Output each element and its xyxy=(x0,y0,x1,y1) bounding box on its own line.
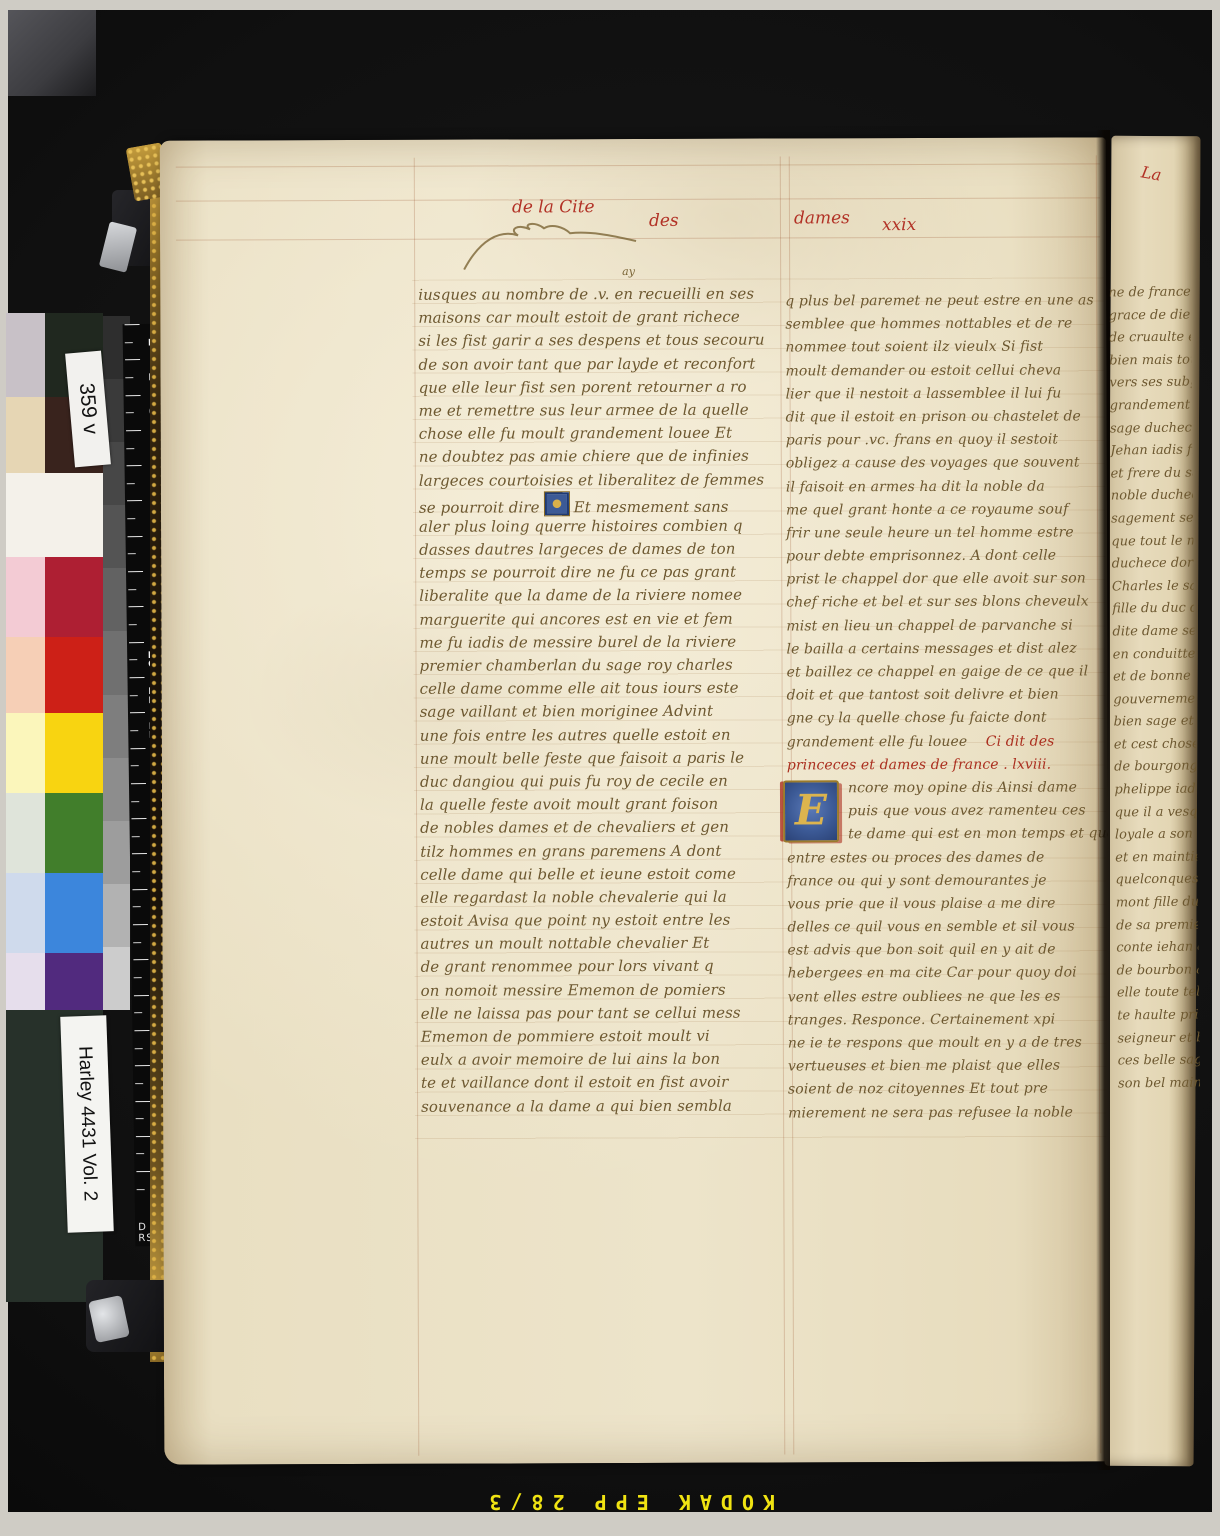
manuscript-line-fragment: Charles le sag xyxy=(1112,575,1194,599)
manuscript-line-fragment: et cest chose no xyxy=(1114,733,1196,757)
color-patch-tint xyxy=(6,473,45,557)
line-text: se pourroit dire xyxy=(419,498,540,516)
manuscript-line: mist en lieu un chappel de parvanche si xyxy=(786,614,1100,638)
felt-corner-shading xyxy=(8,10,96,96)
folio-number-text: 359 v xyxy=(74,382,102,435)
manuscript-line: liberalite que la dame de la riviere nom… xyxy=(419,584,787,608)
manuscript-line: me fu iadis de messire burel de la rivie… xyxy=(419,630,787,654)
manuscript-line: prist le chappel dor que elle avoit sur … xyxy=(786,568,1100,592)
running-title-part: dames xyxy=(794,208,850,228)
manuscript-line: est advis que bon soit quil en y ait de xyxy=(787,939,1101,963)
color-patch xyxy=(6,713,103,793)
color-patch xyxy=(6,473,103,557)
manuscript-line: me quel grant honte a ce royaume souf xyxy=(786,498,1100,522)
manuscript-line: maisons car moult estoit de grant richec… xyxy=(418,306,786,330)
right-column-lines-a: q plus bel paremet ne peut estre en une … xyxy=(785,289,1101,731)
manuscript-line-with-rubric: grandement elle fu louee Ci dit des xyxy=(787,730,1101,754)
manuscript-page-verso: de la Cite des dames xxix ay iusques au … xyxy=(160,137,1111,1464)
color-patch-solid xyxy=(45,473,103,557)
manuscript-line: de son avoir tant que par layde et recon… xyxy=(418,352,786,376)
manuscript-line-fragment: ces belle sage xyxy=(1118,1050,1200,1074)
manuscript-line-fragment: et en maintien b xyxy=(1115,846,1197,870)
manuscript-line-fragment: dite dame se pou xyxy=(1112,620,1194,644)
color-patch-tint xyxy=(6,313,45,397)
manuscript-line: mierement ne sera pas refusee la noble xyxy=(788,1101,1102,1125)
facing-page-edge: La ne de france ysabelgrace de dieu yde … xyxy=(1105,136,1201,1466)
illuminated-initial-small-icon xyxy=(545,492,569,515)
manuscript-line-fragment: mont fille du xyxy=(1116,892,1198,916)
manuscript-line-fragment: phelippe iadis f xyxy=(1114,779,1196,803)
manuscript-line: frir une seule heure un tel homme estre xyxy=(786,521,1100,545)
film-edge-label: KODAK EPP 28/3 xyxy=(295,1489,775,1513)
manuscript-line-fragment: ne de france ysabel xyxy=(1108,282,1190,306)
manuscript-line: celle dame qui belle et ieune estoit com… xyxy=(420,862,788,886)
manuscript-line: tranges. Responce. Certainement xpi xyxy=(788,1008,1102,1032)
manuscript-line: lier que il nestoit a lassemblee il lui … xyxy=(786,382,1100,406)
rubric-line: princeces et dames de france . lxviii. xyxy=(787,753,1101,777)
running-title-part: des xyxy=(649,211,679,231)
manuscript-line-fragment: en conduitte de gr xyxy=(1113,643,1195,667)
manuscript-line: iusques au nombre de .v. en recueilli en… xyxy=(418,282,786,306)
manuscript-line: dit que il estoit en prison ou chastelet… xyxy=(786,405,1100,429)
manuscript-line-fragment: sage duchece xyxy=(1110,417,1192,441)
manuscript-line: soient de noz citoyennes Et tout pre xyxy=(788,1078,1102,1102)
manuscript-line: il faisoit en armes ha dit la noble da xyxy=(786,475,1100,499)
line-text: grandement elle fu louee xyxy=(787,733,967,750)
color-patch-solid xyxy=(45,873,103,953)
manuscript-line: aler plus loing querre histoires combien… xyxy=(419,514,787,538)
manuscript-line-fragment: et de bonne doctr xyxy=(1113,666,1195,690)
manuscript-line: le bailla a certains messages et dist al… xyxy=(786,637,1100,661)
shelfmark-label: Harley 4431 Vol. 2 xyxy=(60,1015,114,1232)
color-patch xyxy=(6,873,103,953)
color-patch-solid xyxy=(45,557,103,637)
manuscript-line: france ou qui y sont demourantes je xyxy=(787,869,1101,893)
manuscript-line-fragment: et frere du sag xyxy=(1110,462,1192,486)
manuscript-line: Ememon de pommiere estoit moult vi xyxy=(421,1024,789,1048)
manuscript-line-fragment: gouvernement xyxy=(1113,688,1195,712)
manuscript-line: de grant renommee pour lors vivant q xyxy=(421,955,789,979)
manuscript-line: doit et que tantost soit delivre et bien xyxy=(787,684,1101,708)
color-patch-solid xyxy=(45,793,103,873)
manuscript-line: une fois entre les autres quelle estoit … xyxy=(420,723,788,747)
manuscript-line: vent elles estre oubliees ne que les es xyxy=(788,985,1102,1009)
manuscript-line: de nobles dames et de chevaliers et gen xyxy=(420,816,788,840)
manuscript-line: te et vaillance dont il estoit en fist a… xyxy=(421,1071,789,1095)
manuscript-line: sage vaillant et bien moriginee Advint xyxy=(420,700,788,724)
illuminated-initial-large-icon: E xyxy=(783,780,839,842)
manuscript-line: nommee tout soient ilz vieulx Si fist xyxy=(785,336,1099,360)
manuscript-line: largeces courtoisies et liberalitez de f… xyxy=(419,468,787,492)
gray-step xyxy=(103,947,130,1010)
chapter-opening: E ncore moy opine dis Ainsi damepuis que… xyxy=(787,776,1102,1125)
manuscript-line-fragment: de bourbon att xyxy=(1116,959,1198,983)
manuscript-line: elle ne laissa pas pour tant se cellui m… xyxy=(421,1001,789,1025)
color-patch xyxy=(6,953,103,1010)
manuscript-line-fragment: que tout le mo xyxy=(1111,530,1193,554)
color-patch-tint xyxy=(6,793,45,873)
manuscript-line-fragment: bien mais tou xyxy=(1109,349,1191,373)
manuscript-line: me et remettre sus leur armee de la quel… xyxy=(419,398,787,422)
manuscript-line: gne cy la quelle chose fu faicte dont xyxy=(787,707,1101,731)
color-patch xyxy=(6,793,103,873)
manuscript-line-fragment: bien sage et en t xyxy=(1113,711,1195,735)
gray-step xyxy=(103,631,130,694)
manuscript-line-fragment: conte iehan de xyxy=(1116,937,1198,961)
manuscript-line-fragment: Jehan iadis fil xyxy=(1110,440,1192,464)
manuscript-line: paris pour .vc. frans en quoy il sestoit xyxy=(786,429,1100,453)
manuscript-line: estoit Avisa que point ny estoit entre l… xyxy=(420,909,788,933)
shelfmark-text: Harley 4431 Vol. 2 xyxy=(73,1046,100,1202)
color-patch-tint xyxy=(6,953,45,1010)
manuscript-line: temps se pourroit dire ne fu ce pas gran… xyxy=(419,561,787,585)
manuscript-line: eulx a avoir memoire de lui ains la bon xyxy=(421,1048,789,1072)
manuscript-line: chef riche et bel et sur ses blons cheve… xyxy=(786,591,1100,615)
manuscript-line: ne doubtez pas amie chiere que de infini… xyxy=(419,445,787,469)
manuscript-line-fragment: duchece dorliens xyxy=(1112,553,1194,577)
manuscript-line: chose elle fu moult grandement louee Et xyxy=(419,422,787,446)
manuscript-line-fragment: noble duchece xyxy=(1111,485,1193,509)
manuscript-line: que elle leur fist sen porent retourner … xyxy=(419,375,787,399)
ruling-line xyxy=(176,197,1100,201)
gray-step xyxy=(103,695,130,758)
gray-step xyxy=(103,758,130,821)
manuscript-line: delles ce quil vous en semble et sil vou… xyxy=(787,915,1101,939)
color-patch-tint xyxy=(6,873,45,953)
color-patch xyxy=(6,557,103,637)
manuscript-line-fragment: de bourgongne f xyxy=(1114,756,1196,780)
manuscript-line: pour debte emprisonnez. A dont celle xyxy=(786,544,1100,568)
manuscript-line-fragment: sagement se por xyxy=(1111,507,1193,531)
manuscript-line: semblee que hommes nottables et de re xyxy=(785,313,1099,337)
left-column-lines-a: iusques au nombre de .v. en recueilli en… xyxy=(418,282,787,492)
manuscript-line: ne ie te respons que moult en y a de tre… xyxy=(788,1031,1102,1055)
pen-flourish-icon xyxy=(460,221,640,274)
manuscript-line-fragment: de cruaulte ev xyxy=(1109,327,1191,351)
color-patch-solid xyxy=(45,713,103,793)
recto-text-fragments: ne de france ysabelgrace de dieu yde cru… xyxy=(1108,282,1201,1143)
film-edge-text: KODAK EPP 28/3 xyxy=(295,1489,775,1513)
left-text-column: iusques au nombre de .v. en recueilli en… xyxy=(418,282,789,1118)
manuscript-line: vertueuses et bien me plaist que elles xyxy=(788,1055,1102,1079)
manuscript-line: si les fist garir a ses despens et tous … xyxy=(418,329,786,353)
manuscript-line: dasses dautres largeces de dames de ton xyxy=(419,538,787,562)
manuscript-line-with-initial: se pourroit direEt mesmement sans xyxy=(419,491,787,515)
running-title-part: xxix xyxy=(882,215,916,235)
manuscript-line-fragment: fille du duc de m xyxy=(1112,598,1194,622)
running-title-part: de la Cite xyxy=(512,197,595,217)
manuscript-line-fragment: son bel maintien xyxy=(1118,1072,1200,1096)
page-gutter-shadow xyxy=(1096,130,1110,1470)
manuscript-line-fragment: grace de dieu y xyxy=(1108,304,1190,328)
manuscript-line: et baillez ce chappel en gaige de ce que… xyxy=(787,660,1101,684)
ruling-line xyxy=(176,163,1100,167)
color-patch-tint xyxy=(6,557,45,637)
manuscript-line: celle dame comme elle ait tous iours est… xyxy=(420,677,788,701)
manuscript-line: obligez a cause des voyages que souvent xyxy=(786,452,1100,476)
manuscript-line: tilz hommes en grans paremens A dont xyxy=(420,839,788,863)
manuscript-line: entre estes ou proces des dames de xyxy=(787,846,1101,870)
manuscript-line-fragment: loyale a son seu xyxy=(1115,824,1197,848)
manuscript-line: vous prie que il vous plaise a me dire xyxy=(787,892,1101,916)
color-patch-solid xyxy=(45,953,103,1010)
manuscript-line: une moult belle feste que faisoit a pari… xyxy=(420,746,788,770)
manuscript-line: marguerite qui ancores est en vie et fem xyxy=(419,607,787,631)
manuscript-line-fragment: quelconques bien xyxy=(1115,869,1197,893)
color-patch-tint xyxy=(6,713,45,793)
gray-step xyxy=(103,821,130,884)
color-patch-solid xyxy=(45,637,103,713)
manuscript-line-fragment: grandement a l xyxy=(1110,395,1192,419)
line-text: Et mesmement sans xyxy=(574,497,729,516)
manuscript-line: premier chamberlan du sage roy charles xyxy=(419,653,787,677)
manuscript-line: q plus bel paremet ne peut estre en une … xyxy=(785,289,1099,313)
gray-step xyxy=(103,884,130,947)
manuscript-line-fragment: de sa premie xyxy=(1116,914,1198,938)
manuscript-line-fragment: elle toute tele qu xyxy=(1117,982,1199,1006)
manuscript-line-fragment: que il a vesqu xyxy=(1115,801,1197,825)
manuscript-photo: 1234567891011121314151617181920212223242… xyxy=(0,0,1220,1536)
manuscript-line: souvenance a la dame a qui bien sembla xyxy=(421,1094,789,1118)
manuscript-line: autres un moult nottable chevalier Et xyxy=(420,932,788,956)
manuscript-line: on nomoit messire Ememon de pomiers xyxy=(421,978,789,1002)
right-text-column: q plus bel paremet ne peut estre en une … xyxy=(785,289,1102,1125)
color-patch xyxy=(6,637,103,713)
manuscript-line: hebergees en ma cite Car pour quoy doi xyxy=(788,962,1102,986)
manuscript-line-fragment: seigneur et bien xyxy=(1117,1027,1199,1051)
left-column-lines-b: aler plus loing querre histoires combien… xyxy=(419,514,789,1118)
recto-running-title-fragment: La xyxy=(1140,162,1163,184)
manuscript-line-fragment: vers ses subg xyxy=(1109,372,1191,396)
manuscript-line: moult demander ou estoit cellui cheva xyxy=(785,359,1099,383)
color-patch-tint xyxy=(6,397,45,473)
manuscript-line-fragment: te haulte princ xyxy=(1117,1004,1199,1028)
manuscript-line: la quelle feste avoit moult grant foison xyxy=(420,793,788,817)
manuscript-line: elle regardast la noble chevalerie qui l… xyxy=(420,885,788,909)
rubric-text: Ci dit des xyxy=(986,733,1055,749)
color-patch-tint xyxy=(6,637,45,713)
manuscript-line: duc dangiou qui puis fu roy de cecile en xyxy=(420,769,788,793)
